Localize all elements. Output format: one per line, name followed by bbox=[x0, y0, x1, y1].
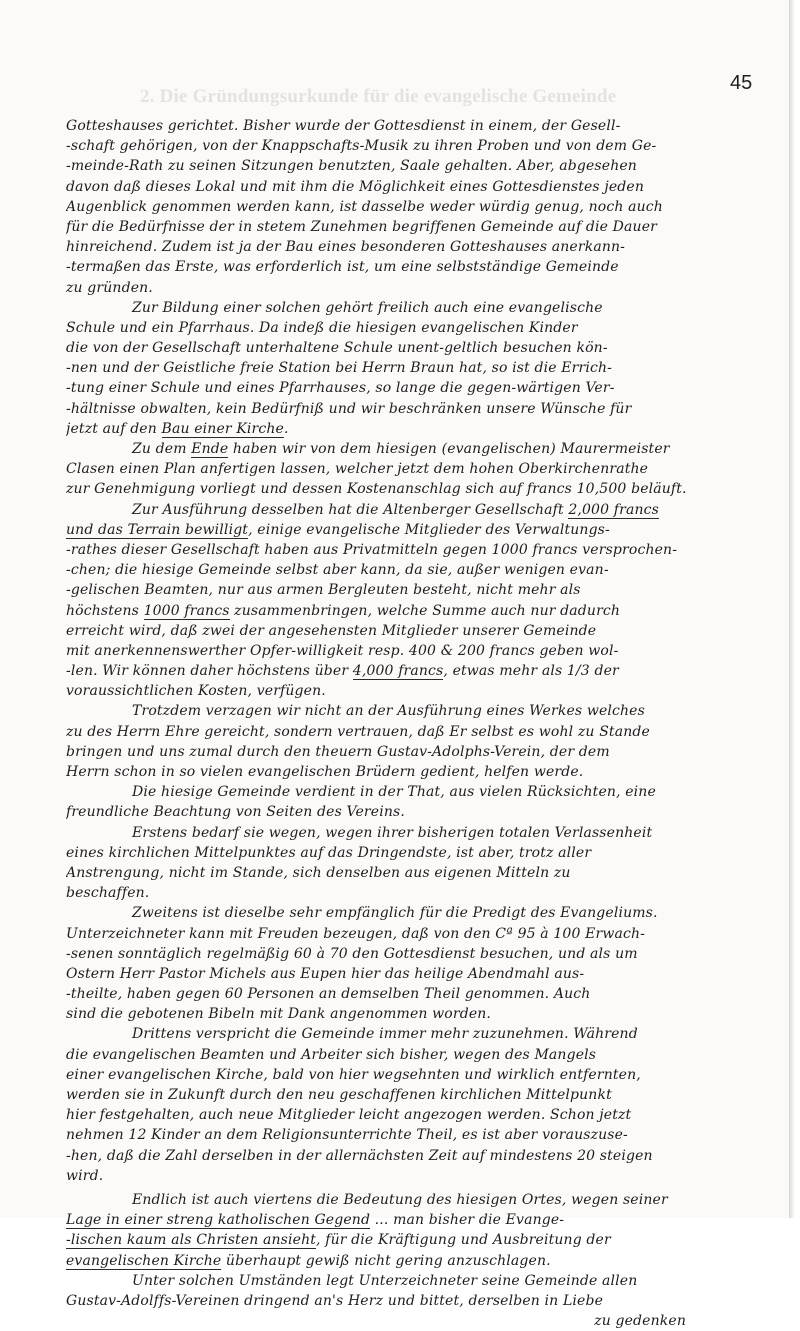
manuscript-line: -meinde-Rath zu seinen Sitzungen benutzt… bbox=[66, 156, 726, 176]
manuscript-line: Erstens bedarf sie wegen, wegen ihrer bi… bbox=[66, 823, 726, 843]
manuscript-line: Ostern Herr Pastor Michels aus Eupen hie… bbox=[66, 964, 726, 984]
manuscript-line: -hältnisse obwalten, kein Bedürfniß und … bbox=[66, 399, 726, 419]
manuscript-line: für die Bedürfnisse der in stetem Zunehm… bbox=[66, 217, 726, 237]
manuscript-line: -rathes dieser Gesellschaft haben aus Pr… bbox=[66, 540, 726, 560]
page-number: 45 bbox=[730, 72, 752, 95]
manuscript-line: höchstens 1000 francs zusammenbringen, w… bbox=[66, 601, 726, 621]
manuscript-line: Gotteshauses gerichtet. Bisher wurde der… bbox=[66, 116, 726, 136]
underlined-phrase: 4,000 francs bbox=[353, 663, 444, 680]
manuscript-line: werden sie in Zukunft durch den neu gesc… bbox=[66, 1085, 726, 1105]
manuscript-line: eines kirchlichen Mittelpunktes auf das … bbox=[66, 843, 726, 863]
manuscript-line: Die hiesige Gemeinde verdient in der Tha… bbox=[66, 782, 726, 802]
manuscript-line: -chen; die hiesige Gemeinde selbst aber … bbox=[66, 560, 726, 580]
underlined-phrase: Ende bbox=[191, 441, 228, 458]
manuscript-line: voraussichtlichen Kosten, verfügen. bbox=[66, 681, 726, 701]
manuscript-line: Augenblick genommen werden kann, ist das… bbox=[66, 197, 726, 217]
manuscript-line: zur Genehmigung vorliegt und dessen Kost… bbox=[66, 479, 726, 499]
manuscript-line: zu des Herrn Ehre gereicht, sondern vert… bbox=[66, 722, 726, 742]
manuscript-line: wird. bbox=[66, 1166, 726, 1186]
manuscript-line: -termaßen das Erste, was erforderlich is… bbox=[66, 257, 726, 277]
manuscript-page: 2. Die Gründungsurkunde für die evangeli… bbox=[0, 0, 790, 1218]
manuscript-line: sind die gebotenen Bibeln mit Dank angen… bbox=[66, 1004, 726, 1024]
underlined-phrase: 2,000 francs bbox=[568, 502, 659, 519]
manuscript-line: hier festgehalten, auch neue Mitglieder … bbox=[66, 1105, 726, 1125]
manuscript-line: -theilte, haben gegen 60 Personen an dem… bbox=[66, 984, 726, 1004]
manuscript-line: -schaft gehörigen, von der Knappschafts-… bbox=[66, 136, 726, 156]
manuscript-line: die von der Gesellschaft unterhaltene Sc… bbox=[66, 338, 726, 358]
manuscript-line: -senen sonntäglich regelmäßig 60 à 70 de… bbox=[66, 944, 726, 964]
manuscript-line: bringen und uns zumal durch den theuern … bbox=[66, 742, 726, 762]
manuscript-line: -tung einer Schule und eines Pfarrhauses… bbox=[66, 378, 726, 398]
manuscript-line: Herrn schon in so vielen evangelischen B… bbox=[66, 762, 726, 782]
manuscript-line: jetzt auf den Bau einer Kirche. bbox=[66, 419, 726, 439]
manuscript-line: beschaffen. bbox=[66, 883, 726, 903]
manuscript-line: Zur Bildung einer solchen gehört freilic… bbox=[66, 298, 726, 318]
manuscript-line: Endlich ist auch viertens die Bedeutung … bbox=[66, 1190, 726, 1210]
manuscript-line: einer evangelischen Kirche, bald von hie… bbox=[66, 1065, 726, 1085]
underlined-phrase: und das Terrain bewilligt bbox=[66, 522, 248, 539]
manuscript-line: -len. Wir können daher höchstens über 4,… bbox=[66, 661, 726, 681]
manuscript-line: Drittens verspricht die Gemeinde immer m… bbox=[66, 1024, 726, 1044]
manuscript-line: Lage in einer streng katholischen Gegend… bbox=[66, 1210, 726, 1218]
manuscript-line: -nen und der Geistliche freie Station be… bbox=[66, 358, 726, 378]
manuscript-line: Schule und ein Pfarrhaus. Da indeß die h… bbox=[66, 318, 726, 338]
manuscript-line: erreicht wird, daß zwei der angesehenste… bbox=[66, 621, 726, 641]
manuscript-line: -hen, daß die Zahl derselben in der alle… bbox=[66, 1146, 726, 1166]
page-edge-shadow bbox=[789, 0, 800, 1218]
bleed-through-heading: 2. Die Gründungsurkunde für die evangeli… bbox=[140, 86, 616, 108]
manuscript-line: -gelischen Beamten, nur aus armen Bergle… bbox=[66, 580, 726, 600]
manuscript-line: Zu dem Ende haben wir von dem hiesigen (… bbox=[66, 439, 726, 459]
manuscript-line: Unterzeichneter kann mit Freuden bezeuge… bbox=[66, 924, 726, 944]
manuscript-line: die evangelischen Beamten und Arbeiter s… bbox=[66, 1045, 726, 1065]
manuscript-line: hinreichend. Zudem ist ja der Bau eines … bbox=[66, 237, 726, 257]
underlined-phrase: 1000 francs bbox=[144, 603, 230, 620]
manuscript-line: freundliche Beachtung von Seiten des Ver… bbox=[66, 802, 726, 822]
underlined-phrase: Lage in einer streng katholischen Gegend bbox=[66, 1212, 370, 1218]
manuscript-line: Zur Ausführung desselben hat die Altenbe… bbox=[66, 500, 726, 520]
manuscript-line: Zweitens ist dieselbe sehr empfänglich f… bbox=[66, 903, 726, 923]
manuscript-line: Clasen einen Plan anfertigen lassen, wel… bbox=[66, 459, 726, 479]
handwritten-text-body: Gotteshauses gerichtet. Bisher wurde der… bbox=[66, 116, 726, 1218]
manuscript-line: und das Terrain bewilligt, einige evange… bbox=[66, 520, 726, 540]
manuscript-line: mit anerkennenswerther Opfer-willigkeit … bbox=[66, 641, 726, 661]
underlined-phrase: Bau einer Kirche bbox=[162, 421, 284, 438]
manuscript-line: zu gründen. bbox=[66, 278, 726, 298]
manuscript-line: Anstrengung, nicht im Stande, sich dense… bbox=[66, 863, 726, 883]
manuscript-line: davon daß dieses Lokal und mit ihm die M… bbox=[66, 177, 726, 197]
manuscript-line: Trotzdem verzagen wir nicht an der Ausfü… bbox=[66, 701, 726, 721]
manuscript-line: nehmen 12 Kinder an dem Religionsunterri… bbox=[66, 1125, 726, 1145]
